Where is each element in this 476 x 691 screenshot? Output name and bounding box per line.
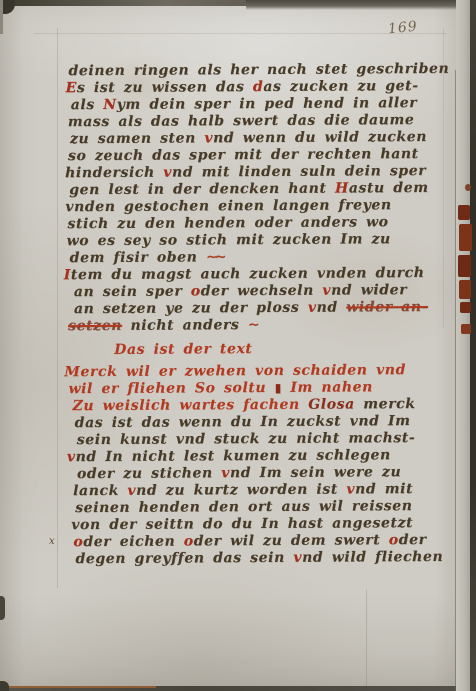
text-line: Merck wil er zwehen von schaiden vnd	[64, 362, 458, 381]
fore-edge-mark	[459, 280, 471, 299]
text-segment: der wechseln	[201, 283, 323, 300]
text-segment: als	[71, 97, 104, 113]
text-segment: as zucken zu get-	[263, 78, 418, 95]
text-segment: gen lest in der dencken hant	[69, 181, 335, 199]
photo-edge-right	[470, 0, 476, 691]
text-segment: nd wenn du wild zucken	[213, 129, 427, 146]
text-segment: v	[204, 130, 213, 146]
parchment-crease	[366, 590, 367, 686]
text-segment: nd Im sein were zu	[230, 464, 401, 481]
text-segment: lanck	[73, 483, 127, 499]
text-segment: mass als das halb swert das die daume	[68, 112, 415, 130]
text-segment: wo es sey so stich mit zucken Im zu	[66, 231, 390, 249]
text-segment: ym dein sper in ped hend in aller	[117, 95, 418, 113]
text-segment: o	[184, 533, 194, 549]
text-segment: tem du magst auch zucken vnden durch	[71, 265, 425, 283]
manuscript-text-block: deinen ringen als her nach stet geschrib…	[60, 61, 459, 568]
text-segment: nd wider	[331, 282, 407, 298]
ruling-line-vertical-left	[57, 28, 58, 588]
text-segment: Zu weislich wartes fachen	[73, 397, 309, 414]
text-segment: wil er fliehen So soltu	[68, 380, 274, 397]
text-segment: v	[163, 165, 172, 181]
text-segment: von der seittn do du In hast angesetzt	[71, 515, 413, 533]
text-segment: d	[253, 79, 263, 95]
text-segment: seinen henden den ort aus wil reissen	[75, 498, 412, 516]
fore-edge-mark	[458, 205, 470, 220]
text-segment: ∼	[248, 317, 257, 333]
text-line: sein kunst vnd stuck zu nicht machst-	[77, 430, 459, 449]
text-segment: o	[191, 283, 201, 299]
text-segment: nd zu kurtz worden ist	[136, 481, 346, 498]
text-segment: nd wild fliechen	[302, 549, 443, 566]
text-segment: v	[322, 283, 331, 299]
text-segment: nd mit	[355, 481, 413, 497]
text-segment: der wil zu dem swert	[194, 532, 389, 549]
text-segment: nd	[317, 299, 347, 315]
text-segment: astu dem	[349, 180, 429, 196]
fore-edge-mark	[460, 302, 471, 313]
text-segment: v	[127, 483, 136, 499]
manuscript-photo: 169 x deinen ringen als her nach stet ge…	[0, 0, 476, 691]
text-segment: sein kunst vnd stuck zu nicht machst-	[77, 430, 416, 448]
text-segment: Glosa	[308, 396, 355, 412]
text-segment: der	[399, 532, 427, 548]
text-segment: nd In nicht lest kumen zu schlegen	[76, 447, 391, 465]
text-segment: nd mit linden suln dein sper	[172, 163, 426, 181]
fore-edge-mark	[459, 224, 472, 251]
text-segment: oder zu stichen	[77, 465, 221, 482]
folio-number: 169	[387, 18, 418, 37]
text-segment: v	[308, 300, 317, 316]
text-segment: dem fisir oben	[70, 249, 206, 266]
text-line: gen lest in der dencken hant Hastu dem	[69, 180, 457, 199]
text-line: an setzen ye zu der ploss vnd wider an-	[74, 299, 458, 318]
text-segment: setzen	[68, 318, 122, 334]
text-segment: v	[293, 550, 302, 566]
text-segment: hindersich	[65, 165, 163, 182]
text-segment: merck	[355, 396, 416, 412]
text-segment: so zeuch das sper mit der rechten hant	[68, 146, 419, 164]
ruling-line-horizontal-top	[34, 33, 446, 34]
section-heading: Das ist der text	[114, 340, 458, 359]
fore-edge-mark	[458, 255, 471, 277]
text-segment: deinen ringen als her nach stet geschrib…	[68, 61, 449, 79]
text-segment: vnden gestochen einen langen freyen	[65, 197, 391, 215]
text-segment: nicht anders	[122, 317, 248, 334]
fore-edge-mark	[465, 184, 471, 191]
text-segment: das ist das wenn du In zuckst vnd Im	[75, 413, 411, 431]
photo-edge-top-right	[246, 0, 476, 10]
text-segment: v	[346, 481, 355, 497]
text-segment: stich zu den henden oder anders wo	[67, 214, 388, 232]
text-segment: degen greyffen das sein	[75, 550, 293, 567]
text-segment: o	[389, 532, 399, 548]
margin-mark: x	[49, 536, 55, 547]
text-segment: v	[221, 465, 230, 481]
text-segment: ∼∼	[206, 249, 224, 265]
text-segment: E	[66, 80, 77, 96]
text-segment: H	[335, 180, 349, 196]
text-segment: der eichen	[83, 533, 184, 550]
text-segment: v	[67, 449, 76, 465]
text-segment: zu samen sten	[70, 130, 205, 147]
photo-edge-left-top	[0, 0, 3, 34]
photo-edge-left-patch	[0, 596, 5, 620]
photo-edge-bottom-brown	[6, 686, 156, 688]
text-segment: Merck wil er zwehen von schaiden vnd	[64, 362, 406, 380]
text-segment: N	[103, 97, 117, 113]
photo-corner-bottom-left	[0, 681, 9, 691]
text-segment: s ist zu wissen das	[77, 79, 253, 96]
text-line: degen greyffen das sein vnd wild flieche…	[75, 549, 459, 568]
fore-edge-mark	[461, 324, 471, 334]
text-segment: an sein sper	[74, 283, 191, 300]
text-segment: wider an-	[346, 299, 428, 315]
heading-text: Das ist der text	[114, 341, 252, 358]
text-segment: an setzen ye zu der ploss	[74, 300, 308, 317]
text-segment: Im nahen	[282, 379, 373, 396]
text-line: setzen nicht anders ∼	[68, 316, 458, 335]
text-segment: o	[73, 534, 83, 550]
